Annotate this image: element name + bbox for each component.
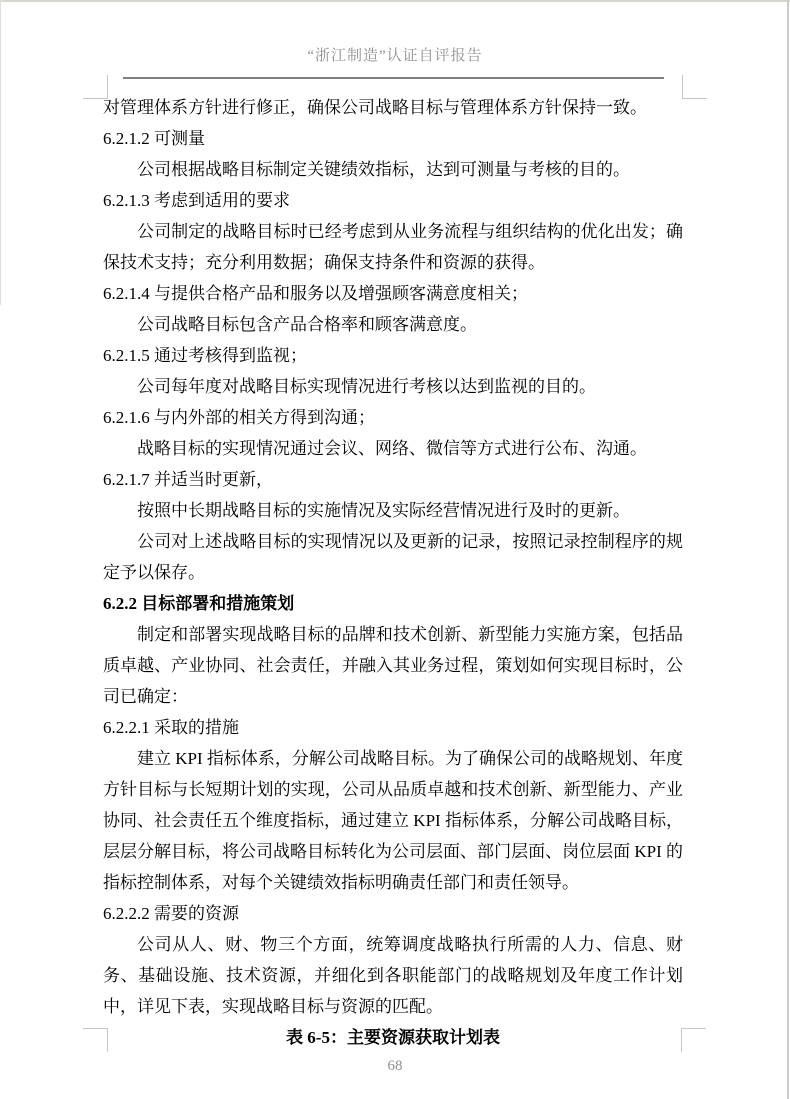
table-caption: 表 6-5：主要资源获取计划表 [103,1022,683,1053]
section-heading-6217: 6.2.1.7 并适当时更新， [103,464,683,495]
header-rule [123,77,664,79]
paragraph-continuation: 对管理体系方针进行修正，确保公司战略目标与管理体系方针保持一致。 [103,92,683,123]
crop-mark-top-right [682,75,707,99]
section-heading-6215: 6.2.1.5 通过考核得到监视； [103,340,683,371]
page-number: 68 [0,1058,790,1075]
section-heading-6213: 6.2.1.3 考虑到适用的要求 [103,185,683,216]
section-heading-6222: 6.2.2.2 需要的资源 [103,898,683,929]
section-heading-6221: 6.2.2.1 采取的措施 [103,712,683,743]
crop-mark-bottom-right [681,1028,706,1052]
page-edge-top [0,0,790,2]
paragraph: 制定和部署实现战略目标的品牌和技术创新、新型能力实施方案，包括品质卓越、产业协同… [103,619,683,712]
header-title: “浙江制造”认证自评报告 [0,44,790,65]
document-body: 对管理体系方针进行修正，确保公司战略目标与管理体系方针保持一致。 6.2.1.2… [103,92,683,1053]
paragraph: 公司战略目标包含产品合格率和顾客满意度。 [103,309,683,340]
paragraph: 按照中长期战略目标的实施情况及实际经营情况进行及时的更新。 [103,495,683,526]
paragraph: 公司根据战略目标制定关键绩效指标，达到可测量与考核的目的。 [103,154,683,185]
paragraph: 公司对上述战略目标的实现情况以及更新的记录，按照记录控制程序的规定予以保存。 [103,526,683,588]
section-heading-6212: 6.2.1.2 可测量 [103,123,683,154]
paragraph: 公司每年度对战略目标实现情况进行考核以达到监视的目的。 [103,371,683,402]
document-page: “浙江制造”认证自评报告 对管理体系方针进行修正，确保公司战略目标与管理体系方针… [0,0,790,1099]
paragraph: 战略目标的实现情况通过会议、网络、微信等方式进行公布、沟通。 [103,433,683,464]
paragraph: 公司从人、财、物三个方面，统筹调度战略执行所需的人力、信息、财务、基础设施、技术… [103,929,683,1022]
section-heading-6216: 6.2.1.6 与内外部的相关方得到沟通； [103,402,683,433]
section-heading-6214: 6.2.1.4 与提供合格产品和服务以及增强顾客满意度相关； [103,278,683,309]
section-heading-622: 6.2.2 目标部署和措施策划 [103,588,683,619]
page-edge-right [787,0,789,1099]
paragraph: 建立 KPI 指标体系，分解公司战略目标。为了确保公司的战略规划、年度方针目标与… [103,743,683,898]
paragraph: 公司制定的战略目标时已经考虑到从业务流程与组织结构的优化出发；确保技术支持；充分… [103,216,683,278]
